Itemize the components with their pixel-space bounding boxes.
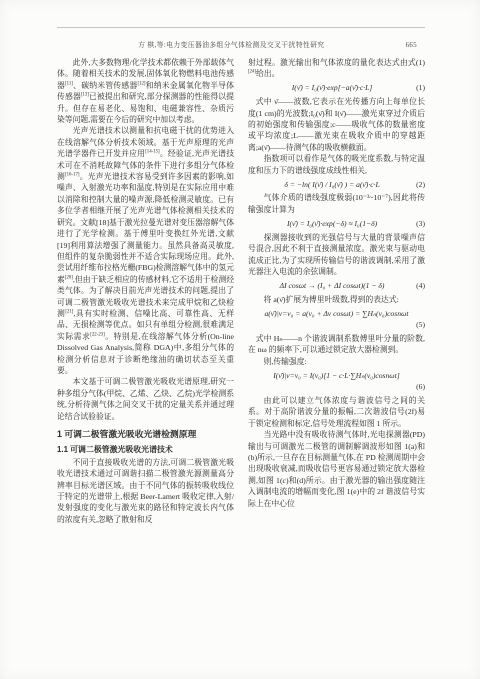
paragraph: 由此可以建立气体浓度与谐波信号之间的关系。对于高阶谐波分量的振幅,二次谐波信号(… bbox=[248, 395, 425, 429]
paragraph: 光声光谱技术以测量和抗电磁干扰的优势进入在线溶解气体分析技术领域。基于光声原理的… bbox=[57, 125, 234, 376]
equation-number: (5) bbox=[248, 319, 425, 330]
paragraph: 将 a(ν̄)扩展为傅里叶级数,得到的表达式: bbox=[248, 294, 425, 305]
two-column-body: 此外,大多数物理/化学技术都依赖于外部载体气体。随着相关技术的发展,固体氧化物燃… bbox=[57, 57, 425, 525]
equation-number: (3) bbox=[416, 218, 425, 229]
page-number: 665 bbox=[406, 42, 425, 49]
equation-number: (6) bbox=[248, 381, 425, 392]
equation-body: δ = −ln( I(ν̄) / I₀(ν̄) ) = a(ν̄)·c·L bbox=[248, 179, 416, 190]
equation-body: I(ν̄) = I₀(ν̄)·exp(−δ) ≈ I₀(1−δ) bbox=[248, 218, 416, 229]
paragraph: 指数项可以看作是气体的吸光度系数,与特定温度和压力下的谱线强度成线性相关, bbox=[248, 153, 425, 176]
paragraph: 则,传输强度: bbox=[248, 356, 425, 367]
section-heading: 1 可调二极管激光吸收光谱检测原理 bbox=[57, 429, 234, 440]
header-rule bbox=[57, 27, 425, 28]
subsection-heading: 1.1 可调二极管激光吸收光谱技术 bbox=[57, 444, 234, 455]
paragraph: 射过程。激光输出和气体浓度的量化表达式由式(1)[24]给出。 bbox=[248, 57, 425, 80]
paragraph: 本文基于可调二极管激光吸收光谱原理,研究一种多组分气体(甲烷、乙烯、乙炔、乙烷)… bbox=[57, 376, 234, 422]
equation-body: I(ν̄)|ν=ν₀ = I(ν₀)[1 − c·L·∑Hₙ(ν₀)cosnωt… bbox=[248, 370, 425, 381]
paragraph: 此外,大多数物理/化学技术都依赖于外部载体气体。随着相关技术的发展,固体氧化物燃… bbox=[57, 57, 234, 125]
equation-5: a(ν̄)|ν=ν₀ = a(ν₀ + Δν cosωt) = ∑Hₙ(ν₀)c… bbox=[248, 308, 425, 331]
equation-6: I(ν̄)|ν=ν₀ = I(ν₀)[1 − c·L·∑Hₙ(ν₀)cosnωt… bbox=[248, 370, 425, 393]
equation-3: I(ν̄) = I₀(ν̄)·exp(−δ) ≈ I₀(1−δ) (3) bbox=[248, 218, 425, 229]
equation-body: ΔI cosωt → (I₀ + ΔI cosωt)(1 − δ) bbox=[248, 280, 416, 291]
page-header: 方 棋,等:电力变压器油多组分气体检测及交叉干扰特性研究 665 bbox=[57, 39, 425, 49]
equation-1: I(ν̄) = I₀(ν̄)·exp[−a(ν̄)·c·L] (1) bbox=[248, 82, 425, 93]
paragraph: 不同于直接吸收光谱的方法,可调二极管激光吸收光谱技术通过可调谐扫描二极管激光源测… bbox=[57, 457, 234, 525]
paragraph: 式中 Hₙ——n 个谐波调制系数傅里叶分量的阶数,在 nω 的频率下,可以通过锁… bbox=[248, 333, 425, 356]
paragraph: 气体介质的谱线强度极弱(10⁻³~10⁻⁷),因此将传输强度计算为 bbox=[248, 192, 425, 215]
equation-2: δ = −ln( I(ν̄) / I₀(ν̄) ) = a(ν̄)·c·L (2… bbox=[248, 179, 425, 190]
paragraph: 当光路中没有吸收待测气体时,光电探测器(PD)输出与可调激光二极管的调制解调波形… bbox=[248, 429, 425, 509]
equation-number: (4) bbox=[416, 280, 425, 291]
right-column: 射过程。激光输出和气体浓度的量化表达式由式(1)[24]给出。 I(ν̄) = … bbox=[248, 57, 425, 525]
left-column: 此外,大多数物理/化学技术都依赖于外部载体气体。随着相关技术的发展,固体氧化物燃… bbox=[57, 57, 234, 525]
equation-number: (1) bbox=[416, 82, 425, 93]
equation-body: I(ν̄) = I₀(ν̄)·exp[−a(ν̄)·c·L] bbox=[248, 82, 416, 93]
paper-page: 方 棋,等:电力变压器油多组分气体检测及交叉干扰特性研究 665 此外,大多数物… bbox=[0, 0, 480, 679]
equation-4: ΔI cosωt → (I₀ + ΔI cosωt)(1 − δ) (4) bbox=[248, 280, 425, 291]
equation-body: a(ν̄)|ν=ν₀ = a(ν₀ + Δν cosωt) = ∑Hₙ(ν₀)c… bbox=[248, 308, 425, 319]
equation-number: (2) bbox=[416, 179, 425, 190]
running-title: 方 棋,等:电力变压器油多组分气体检测及交叉干扰特性研究 bbox=[57, 39, 406, 49]
paragraph: 式中 ν̄——波数,它表示在光传播方向上每单位长度(1 cm)的光波数;I₀(ν… bbox=[248, 96, 425, 153]
paragraph: 探测器接收到的光强信号与大量的背景噪声信号混合,因此不利于直接测量浓度。激光束与… bbox=[248, 232, 425, 278]
